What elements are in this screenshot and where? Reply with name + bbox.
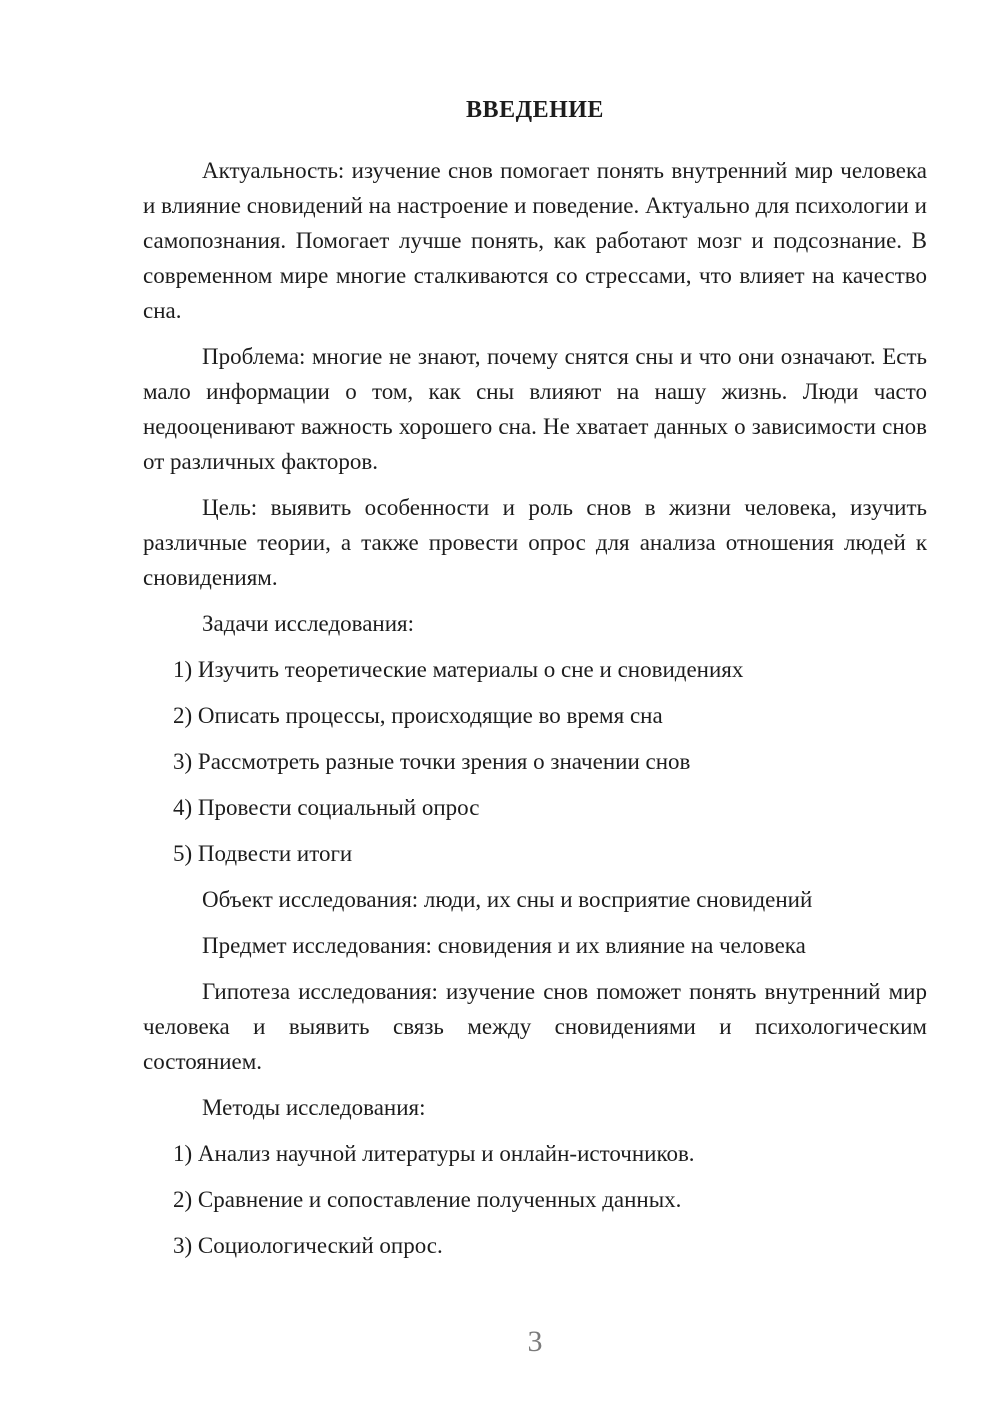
paragraph-hypothesis: Гипотеза исследования: изучение снов пом…	[143, 974, 927, 1079]
method-item-3: 3) Социологический опрос.	[143, 1228, 927, 1263]
task-item-5: 5) Подвести итоги	[143, 836, 927, 871]
document-page: ВВЕДЕНИЕ Актуальность: изучение снов пом…	[0, 0, 1000, 1414]
paragraph-object: Объект исследования: люди, их сны и восп…	[143, 882, 927, 917]
paragraph-problem: Проблема: многие не знают, почему снятся…	[143, 339, 927, 479]
task-item-1: 1) Изучить теоретические материалы о сне…	[143, 652, 927, 687]
method-item-2: 2) Сравнение и сопоставление полученных …	[143, 1182, 927, 1217]
document-content: ВВЕДЕНИЕ Актуальность: изучение снов пом…	[143, 97, 927, 1274]
task-item-2: 2) Описать процессы, происходящие во вре…	[143, 698, 927, 733]
paragraph-goal: Цель: выявить особенности и роль снов в …	[143, 490, 927, 595]
paragraph-methods-heading: Методы исследования:	[143, 1090, 927, 1125]
document-title: ВВЕДЕНИЕ	[143, 97, 927, 123]
method-item-1: 1) Анализ научной литературы и онлайн-ис…	[143, 1136, 927, 1171]
paragraph-tasks-heading: Задачи исследования:	[143, 606, 927, 641]
task-item-3: 3) Рассмотреть разные точки зрения о зна…	[143, 744, 927, 779]
paragraph-actuality: Актуальность: изучение снов помогает пон…	[143, 153, 927, 328]
task-item-4: 4) Провести социальный опрос	[143, 790, 927, 825]
page-number: 3	[143, 1324, 927, 1360]
paragraph-subject: Предмет исследования: сновидения и их вл…	[143, 928, 927, 963]
